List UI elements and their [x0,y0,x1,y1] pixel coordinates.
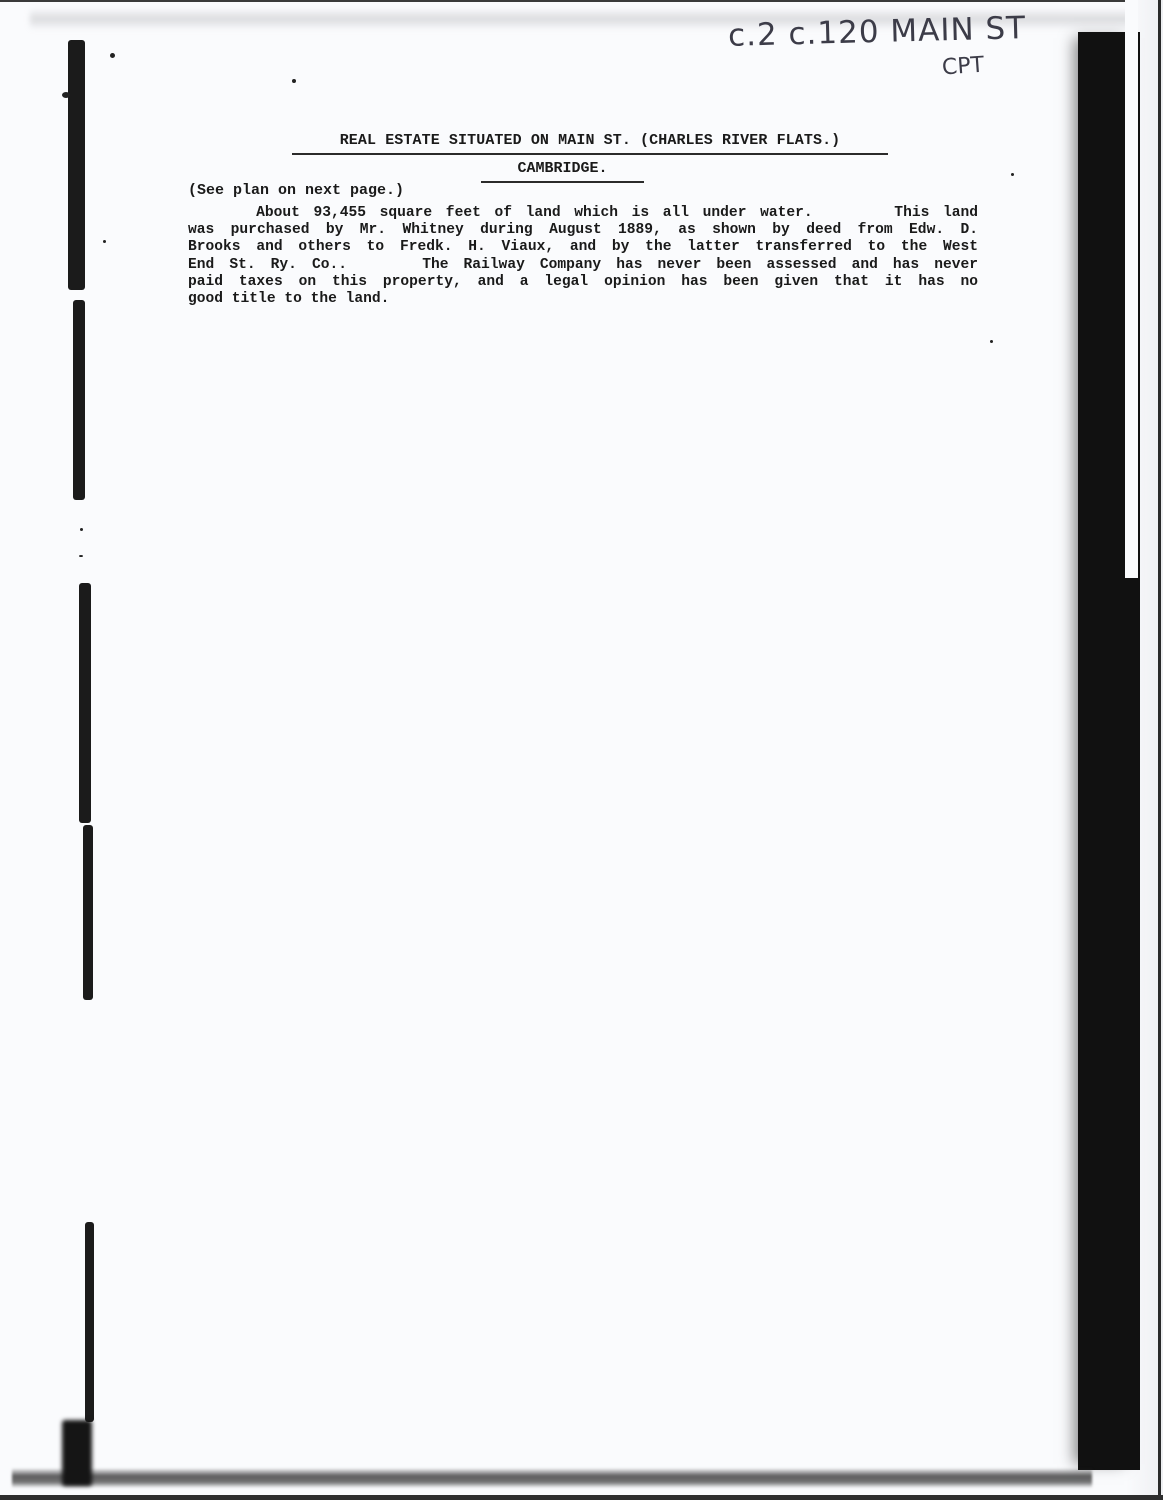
document-subheading: CAMBRIDGE. [481,160,644,183]
speck [103,240,106,243]
speck [110,53,115,58]
speck [62,92,70,98]
paragraph-line: Brooks and others to Fredk. H. Viaux, an… [188,239,978,256]
handwritten-annotation-sub: CPT [941,53,985,81]
scan-bottom-edge [0,1495,1163,1500]
paragraph-line: About 93,455 square feet of land which i… [188,205,978,222]
right-edge-line [1158,0,1161,1500]
left-margin-bar-5 [85,1222,94,1422]
bottom-left-corner-smudge [62,1420,92,1486]
scan-top-edge [0,0,1163,2]
left-margin-bar-2 [73,300,85,500]
bottom-scan-band [12,1468,1092,1488]
speck [80,528,83,531]
left-margin-bar-3 [79,583,91,823]
paragraph-line: good title to the land. [188,291,978,308]
right-margin-notch [1125,0,1138,578]
speck [990,340,993,343]
speck [79,555,83,557]
handwritten-annotation: c.2 c.120 MAIN ST [728,10,1027,54]
scanned-page: c.2 c.120 MAIN ST CPT REAL ESTATE SITUAT… [0,0,1163,1500]
paragraph-line: End St. Ry. Co.. The Railway Company has… [188,257,978,274]
paragraph-line: was purchased by Mr. Whitney during Augu… [188,222,978,239]
speck [1011,173,1014,176]
speck [292,79,296,83]
document-paragraph: About 93,455 square feet of land which i… [188,205,978,308]
left-margin-bar-1 [68,40,85,290]
document-heading: REAL ESTATE SITUATED ON MAIN ST. (CHARLE… [292,132,888,155]
paragraph-line: paid taxes on this property, and a legal… [188,274,978,291]
left-margin-bar-4 [83,825,93,1000]
plan-note: (See plan on next page.) [188,182,404,199]
